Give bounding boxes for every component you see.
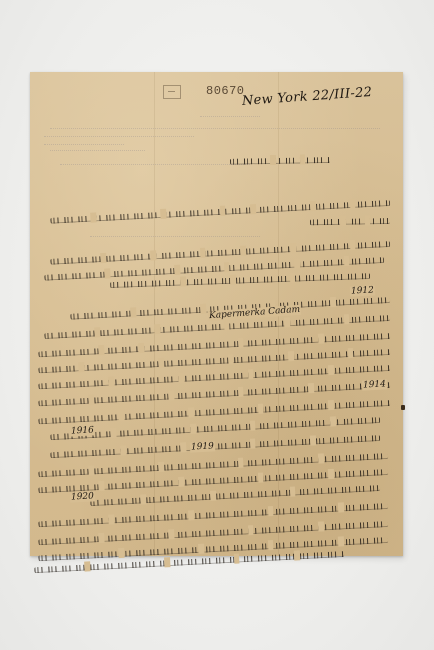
bleed-through-text [90, 236, 260, 238]
bleed-through-text [44, 136, 194, 138]
dateline: New York 22/III-22 [241, 85, 372, 109]
text-line-2 [310, 215, 390, 226]
bleed-through-text [200, 116, 260, 118]
bleed-through-text [50, 128, 380, 130]
year-1914: 1914 [362, 379, 387, 390]
year-1916: 1916 [70, 425, 95, 436]
archive-number: 80670 [206, 84, 245, 98]
year-1919: 1919 [190, 441, 215, 452]
year-1920: 1920 [70, 491, 95, 502]
greeting-line [230, 154, 330, 166]
archive-stamp-box [163, 85, 181, 99]
edge-tear-mark [401, 405, 405, 410]
year-1912: 1912 [350, 285, 375, 296]
letter-page: 80670 New York 22/III-22 1 [30, 72, 403, 556]
bleed-through-text [44, 144, 124, 146]
bleed-through-text [50, 150, 145, 152]
bleed-through-text [60, 164, 250, 166]
